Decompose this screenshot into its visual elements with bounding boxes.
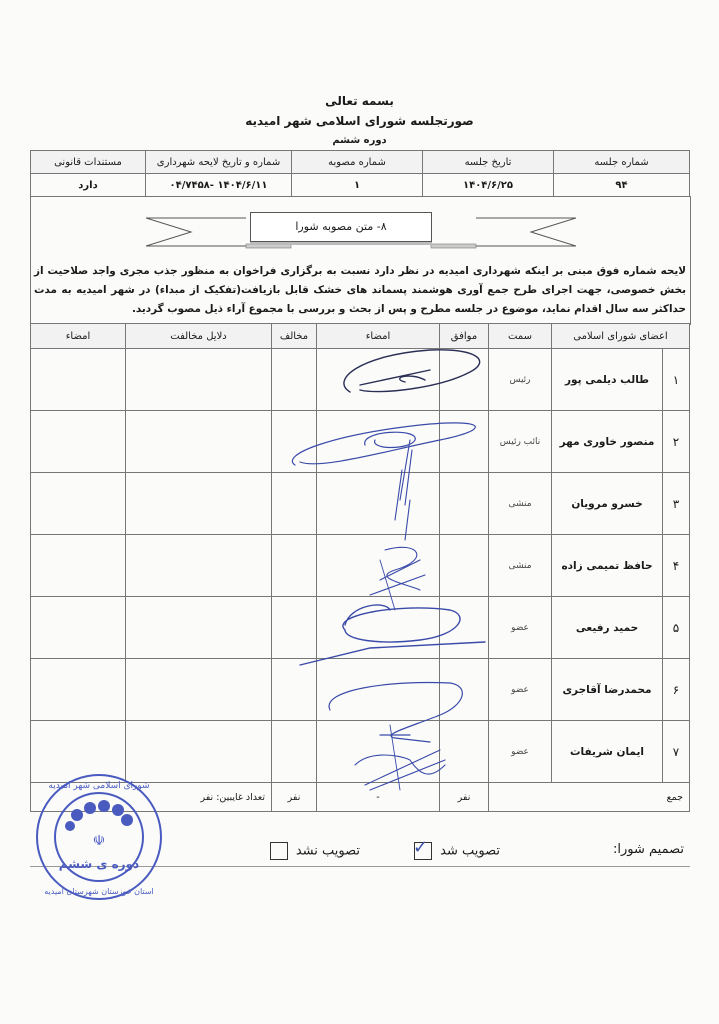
session-date: ۱۴۰۴/۶/۲۵ bbox=[423, 174, 554, 197]
approve-cell bbox=[440, 473, 489, 535]
signature-cell bbox=[317, 349, 440, 411]
approve-cell bbox=[440, 659, 489, 721]
oppose-total: نفر bbox=[272, 783, 317, 812]
member-row: ۱ طالب دیلمی پور رئیس bbox=[31, 349, 690, 411]
reasons-cell bbox=[126, 535, 272, 597]
reasons-cell bbox=[126, 411, 272, 473]
oppose-cell bbox=[272, 721, 317, 783]
header-signature: امضاء bbox=[317, 324, 440, 349]
signature2-cell bbox=[31, 597, 126, 659]
session-number: ۹۴ bbox=[554, 174, 690, 197]
council-minutes-page: بسمه تعالی صورتجلسه شورای اسلامی شهر امی… bbox=[0, 0, 719, 1024]
approve-total: نفر bbox=[440, 783, 489, 812]
member-name: طالب دیلمی پور bbox=[552, 349, 663, 411]
approve-cell bbox=[440, 535, 489, 597]
summary-dash: - bbox=[317, 783, 440, 812]
reasons-cell bbox=[126, 349, 272, 411]
member-role: عضو bbox=[489, 659, 552, 721]
header-role: سمت bbox=[489, 324, 552, 349]
signature-cell bbox=[317, 721, 440, 783]
svg-text:شورای اسلامی شهر امیدیه: شورای اسلامی شهر امیدیه bbox=[48, 781, 149, 791]
rejected-checkbox[interactable] bbox=[270, 842, 288, 860]
oppose-cell bbox=[272, 349, 317, 411]
approve-cell bbox=[440, 411, 489, 473]
approved-label: تصویب شد bbox=[440, 844, 500, 859]
member-number: ۴ bbox=[663, 535, 690, 597]
member-role: عضو bbox=[489, 597, 552, 659]
member-role: منشی bbox=[489, 473, 552, 535]
member-role: نائب رئیس bbox=[489, 411, 552, 473]
legal-docs: دارد bbox=[31, 174, 146, 197]
member-number: ۱ bbox=[663, 349, 690, 411]
member-name: حمید رفیعی bbox=[552, 597, 663, 659]
header-session-number: شماره جلسه bbox=[554, 151, 690, 174]
approved-checkbox[interactable]: ✓ bbox=[414, 842, 432, 860]
approved-option[interactable]: تصویب شد ✓ bbox=[414, 842, 500, 860]
member-name: حافظ تمیمی زاده bbox=[552, 535, 663, 597]
member-name: محمدرضا آقاجری bbox=[552, 659, 663, 721]
signature-cell bbox=[317, 659, 440, 721]
document-title: صورتجلسه شورای اسلامی شهر امیدیه bbox=[0, 114, 719, 128]
oppose-cell bbox=[272, 659, 317, 721]
resolution-text-heading: ۸- متن مصوبه شورا bbox=[250, 212, 432, 242]
rejected-label: تصویب نشد bbox=[296, 844, 360, 859]
member-number: ۲ bbox=[663, 411, 690, 473]
oppose-cell bbox=[272, 597, 317, 659]
signature-cell bbox=[317, 597, 440, 659]
member-row: ۴ حافظ تمیمی زاده منشی bbox=[31, 535, 690, 597]
header-opposition-reasons: دلایل مخالفت bbox=[126, 324, 272, 349]
signature2-cell bbox=[31, 473, 126, 535]
approve-cell bbox=[440, 597, 489, 659]
summary-label: جمع bbox=[489, 783, 690, 812]
signature-cell bbox=[317, 473, 440, 535]
member-number: ۶ bbox=[663, 659, 690, 721]
member-row: ۵ حمید رفیعی عضو bbox=[31, 597, 690, 659]
signature2-cell bbox=[31, 659, 126, 721]
oppose-cell bbox=[272, 535, 317, 597]
header-members: اعضای شورای اسلامی bbox=[552, 324, 690, 349]
member-row: ۳ خسرو مرویان منشی bbox=[31, 473, 690, 535]
reasons-cell bbox=[126, 597, 272, 659]
svg-text:☫: ☫ bbox=[93, 833, 106, 849]
oppose-cell bbox=[272, 473, 317, 535]
svg-text:استان خوزستان شهرستان امیدیه: استان خوزستان شهرستان امیدیه bbox=[44, 887, 154, 896]
term-label: دوره ششم bbox=[0, 135, 719, 146]
member-role: عضو bbox=[489, 721, 552, 783]
approve-cell bbox=[440, 349, 489, 411]
header-signature-2: امضاء bbox=[31, 324, 126, 349]
header-session-date: تاریخ جلسه bbox=[423, 151, 554, 174]
header-bill-number-date: شماره و تاریخ لایحه شهرداری bbox=[146, 151, 292, 174]
members-vote-table: اعضای شورای اسلامی سمت موافق امضاء مخالف… bbox=[30, 323, 690, 812]
reasons-cell bbox=[126, 659, 272, 721]
signature2-cell bbox=[31, 411, 126, 473]
member-number: ۷ bbox=[663, 721, 690, 783]
session-meta-table: شماره جلسه تاریخ جلسه شماره مصوبه شماره … bbox=[30, 150, 690, 197]
oppose-cell bbox=[272, 411, 317, 473]
resolution-text: لایحه شماره فوق مبنی بر اینکه شهرداری ام… bbox=[34, 262, 686, 319]
approve-cell bbox=[440, 721, 489, 783]
rejected-option[interactable]: تصویب نشد bbox=[270, 842, 360, 860]
signature-cell bbox=[317, 411, 440, 473]
invocation: بسمه تعالی bbox=[0, 94, 719, 108]
signature2-cell bbox=[31, 535, 126, 597]
svg-text:دوره ی ششم: دوره ی ششم bbox=[59, 857, 139, 872]
member-name: ایمان شریفات bbox=[552, 721, 663, 783]
member-row: ۲ منصور خاوری مهر نائب رئیس bbox=[31, 411, 690, 473]
header-approve: موافق bbox=[440, 324, 489, 349]
bill-number-date: ۱۴۰۴/۶/۱۱ -۰۴/۷۴۵۸ bbox=[146, 174, 292, 197]
member-name: خسرو مرویان bbox=[552, 473, 663, 535]
member-role: منشی bbox=[489, 535, 552, 597]
member-name: منصور خاوری مهر bbox=[552, 411, 663, 473]
member-number: ۵ bbox=[663, 597, 690, 659]
checkmark-icon: ✓ bbox=[413, 837, 428, 858]
resolution-number: ۱ bbox=[292, 174, 423, 197]
member-row: ۶ محمدرضا آقاجری عضو bbox=[31, 659, 690, 721]
signature2-cell bbox=[31, 349, 126, 411]
reasons-cell bbox=[126, 473, 272, 535]
header-resolution-number: شماره مصوبه bbox=[292, 151, 423, 174]
member-number: ۳ bbox=[663, 473, 690, 535]
council-stamp-icon: ☫ دوره ی ششم شورای اسلامی شهر امیدیه است… bbox=[32, 770, 167, 905]
header-oppose: مخالف bbox=[272, 324, 317, 349]
signature-cell bbox=[317, 535, 440, 597]
decision-label: تصمیم شورا: bbox=[613, 842, 684, 857]
header-legal-docs: مستندات قانونی bbox=[31, 151, 146, 174]
member-role: رئیس bbox=[489, 349, 552, 411]
